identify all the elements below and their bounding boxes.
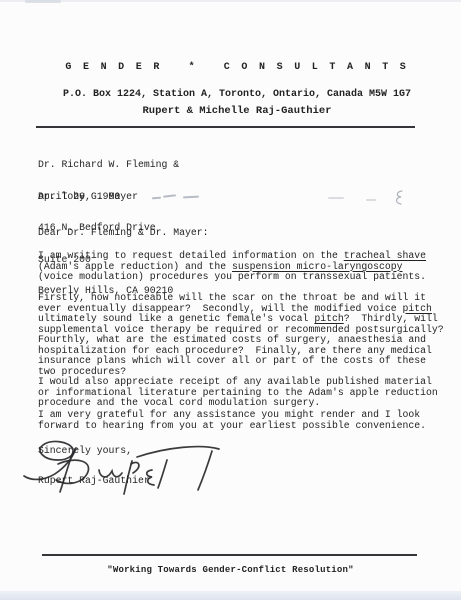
scan-artifact: [25, 0, 61, 3]
pencil-smudge: [366, 199, 376, 201]
body-line: forward to hearing from you at your earl…: [38, 421, 426, 432]
typed-signature-name: Rupert Raj-Gauthier: [38, 476, 150, 487]
letterhead-divider: [36, 126, 415, 128]
handwritten-signature: [20, 436, 235, 500]
pencil-squiggle: [392, 189, 406, 206]
body-line: procedure and the vocal cord modulation …: [38, 398, 438, 409]
recipient-line: Dr. Richard W. Fleming &: [38, 160, 179, 171]
salutation: Dear Dr. Fleming & Dr. Mayer:: [38, 228, 209, 239]
letterhead-address: P.O. Box 1224, Station A, Toronto, Ontar…: [30, 89, 444, 100]
letter-date: April 20, 1990: [38, 192, 120, 203]
scan-edge-bottom: [0, 591, 461, 600]
scan-edge-top: [0, 0, 461, 2]
body-paragraph: Firstly, how noticeable will the scar on…: [38, 293, 444, 377]
body-paragraph: I am writing to request detailed informa…: [38, 251, 426, 283]
body-line: (voice modulation) procedures you perfor…: [38, 272, 426, 283]
org-name: G E N D E R * C O N S U L T A N T S: [30, 62, 444, 73]
body-paragraph: I am very grateful for any assistance yo…: [38, 410, 426, 431]
body-paragraph: I would also appreciate receipt of any a…: [38, 377, 438, 409]
letterhead: G E N D E R * C O N S U L T A N T S P.O.…: [30, 62, 444, 117]
footer-slogan: "Working Towards Gender-Conflict Resolut…: [0, 565, 461, 575]
letterhead-principals: Rupert & Michelle Raj-Gauthier: [30, 106, 444, 117]
pencil-smudge: [328, 197, 344, 199]
footer-divider: [42, 554, 417, 556]
pencil-smudge: [183, 196, 199, 198]
scanned-letter-page: G E N D E R * C O N S U L T A N T S P.O.…: [0, 0, 461, 600]
